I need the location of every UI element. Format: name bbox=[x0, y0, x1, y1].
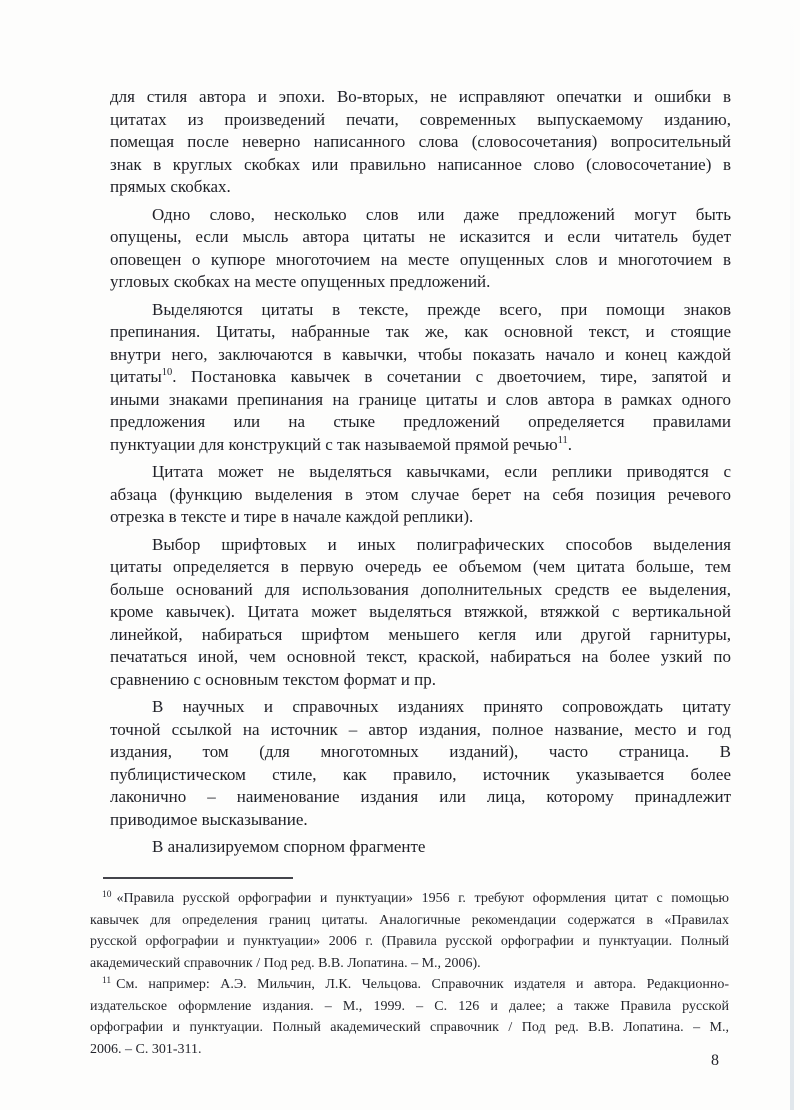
document-page: для стиля автора и эпохи. Во-вторых, не … bbox=[0, 0, 800, 1110]
footnote-11: 11См. например: А.Э. Мильчин, Л.К. Чельц… bbox=[90, 974, 729, 1060]
text-line: цитаты определяется в первую очередь ее … bbox=[110, 556, 731, 579]
text-line: издания, том (для многотомных изданий), … bbox=[110, 741, 731, 764]
text-line: кроме кавычек). Цитата может выделяться … bbox=[110, 601, 731, 624]
text-line: приводимое высказывание. bbox=[110, 809, 731, 832]
text-line: опущены, если мысль автора цитаты не иск… bbox=[110, 226, 731, 249]
text-line: цитаты10. Постановка кавычек в сочетании… bbox=[110, 366, 731, 389]
text-line: абзаца (функцию выделения в этом случае … bbox=[110, 484, 731, 507]
footnote-separator-rule bbox=[103, 877, 293, 879]
text-line: Цитата может не выделяться кавычками, ес… bbox=[110, 461, 731, 484]
text-line: помещая после неверно написанного слова … bbox=[110, 131, 731, 154]
paragraph-2: Одно слово, несколько слов или даже пред… bbox=[110, 204, 731, 294]
text-line: больше оснований для использования допол… bbox=[110, 579, 731, 602]
text-line: оповещен о купюре многоточием на месте о… bbox=[110, 249, 731, 272]
text-line: препинания. Цитаты, набранные так же, ка… bbox=[110, 321, 731, 344]
text-segment: пунктуации для конструкций с так называе… bbox=[110, 435, 558, 454]
footnote-text: «Правила русской орфографии и пунктуации… bbox=[117, 891, 730, 906]
scan-edge-artifact bbox=[790, 0, 794, 1110]
text-line: линейкой, набираться шрифтом меньшего ке… bbox=[110, 624, 731, 647]
footnotes-block: 10«Правила русской орфографии и пунктуац… bbox=[90, 888, 729, 1060]
text-line: пунктуации для конструкций с так называе… bbox=[110, 434, 731, 457]
text-line: для стиля автора и эпохи. Во-вторых, не … bbox=[110, 86, 731, 109]
text-line: цитатах из произведений печати, современ… bbox=[110, 109, 731, 132]
footnote-marker-10: 10 bbox=[102, 890, 112, 900]
text-line: Одно слово, несколько слов или даже пред… bbox=[110, 204, 731, 227]
footnote-ref-11: 11 bbox=[558, 435, 568, 446]
text-segment: . Постановка кавычек в сочетании с двоет… bbox=[172, 367, 731, 386]
text-line: предложения или на стыке предложений опр… bbox=[110, 411, 731, 434]
text-line: иными знаками препинания на границе цита… bbox=[110, 389, 731, 412]
text-line: сравнению с основным текстом формат и пр… bbox=[110, 669, 731, 692]
text-line: отрезка в тексте и тире в начале каждой … bbox=[110, 506, 731, 529]
paragraph-4: Цитата может не выделяться кавычками, ес… bbox=[110, 461, 731, 529]
text-line: внутри него, заключаются в кавычки, чтоб… bbox=[110, 344, 731, 367]
footnote-line: 2006. – С. 301-311. bbox=[90, 1039, 729, 1061]
body-text: для стиля автора и эпохи. Во-вторых, не … bbox=[110, 86, 731, 859]
paragraph-7: В анализируемом спорном фрагменте bbox=[110, 836, 731, 859]
text-line: В научных и справочных изданиях принято … bbox=[110, 696, 731, 719]
footnote-line: орфографии и пунктуации. Полный академич… bbox=[90, 1017, 729, 1039]
text-line: В анализируемом спорном фрагменте bbox=[110, 836, 731, 859]
footnote-line: 11См. например: А.Э. Мильчин, Л.К. Чельц… bbox=[90, 974, 729, 996]
text-line: знак в круглых скобках или правильно нап… bbox=[110, 154, 731, 177]
footnote-line: академический справочник / Под ред. В.В.… bbox=[90, 953, 729, 975]
footnote-line: 10«Правила русской орфографии и пунктуац… bbox=[90, 888, 729, 910]
text-segment: . bbox=[568, 435, 572, 454]
text-line: точной ссылкой на источник – автор издан… bbox=[110, 719, 731, 742]
paragraph-1: для стиля автора и эпохи. Во-вторых, не … bbox=[110, 86, 731, 199]
text-segment: цитаты bbox=[110, 367, 162, 386]
text-line: Выбор шрифтовых и иных полиграфических с… bbox=[110, 534, 731, 557]
text-line: лаконично – наименование издания или лиц… bbox=[110, 786, 731, 809]
text-line: печататься иной, чем основной текст, кра… bbox=[110, 646, 731, 669]
text-line: прямых скобках. bbox=[110, 176, 731, 199]
footnote-line: русской орфографии и пунктуации» 2006 г.… bbox=[90, 931, 729, 953]
text-line: публицистическом стиле, как правило, ист… bbox=[110, 764, 731, 787]
footnote-ref-10: 10 bbox=[162, 367, 173, 378]
footnote-marker-11: 11 bbox=[102, 976, 111, 986]
footnote-10: 10«Правила русской орфографии и пунктуац… bbox=[90, 888, 729, 974]
footnote-text: См. например: А.Э. Мильчин, Л.К. Чельцов… bbox=[116, 977, 729, 992]
paragraph-5: Выбор шрифтовых и иных полиграфических с… bbox=[110, 534, 731, 692]
page-number: 8 bbox=[711, 1051, 719, 1071]
paragraph-3: Выделяются цитаты в тексте, прежде всего… bbox=[110, 299, 731, 457]
footnote-line: кавычек для определения границ цитаты. А… bbox=[90, 910, 729, 932]
footnote-line: издательское оформление издания. – М., 1… bbox=[90, 996, 729, 1018]
text-line: Выделяются цитаты в тексте, прежде всего… bbox=[110, 299, 731, 322]
paragraph-6: В научных и справочных изданиях принято … bbox=[110, 696, 731, 831]
text-line: угловых скобках на месте опущенных предл… bbox=[110, 271, 731, 294]
